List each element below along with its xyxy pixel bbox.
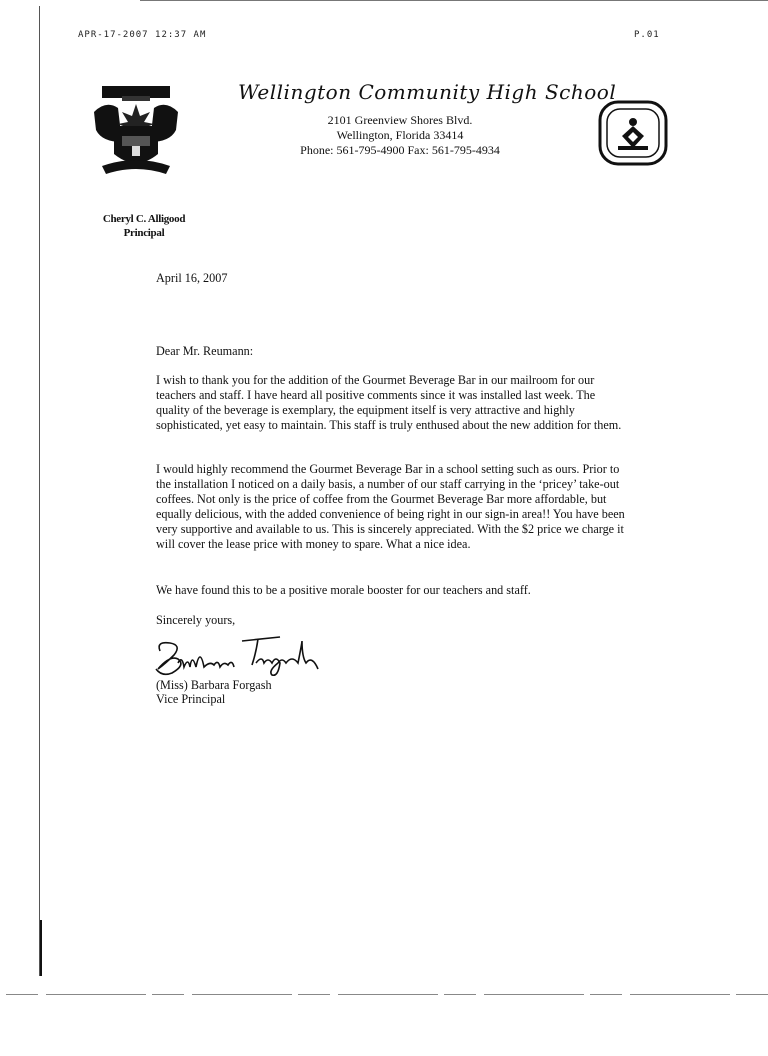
address-street: 2101 Greenview Shores Blvd.	[270, 113, 530, 128]
scan-top-edge	[140, 0, 768, 1]
school-district-seal-icon	[598, 100, 668, 166]
signer-name: (Miss) Barbara Forgash	[156, 678, 626, 693]
principal-name: Cheryl C. Alligood	[92, 212, 196, 226]
scan-bottom-edge	[6, 994, 768, 995]
fax-page-number: P.01	[634, 30, 660, 40]
letter-paragraph-3: We have found this to be a positive mora…	[156, 583, 626, 598]
principal-block: Cheryl C. Alligood Principal	[92, 212, 196, 240]
school-crest-logo-icon	[92, 82, 180, 182]
address-contact: Phone: 561-795-4900 Fax: 561-795-4934	[270, 143, 530, 158]
address-city: Wellington, Florida 33414	[270, 128, 530, 143]
letter-date: April 16, 2007	[156, 271, 626, 286]
handwritten-signature-icon	[152, 633, 342, 679]
school-address: 2101 Greenview Shores Blvd. Wellington, …	[270, 113, 530, 158]
principal-title: Principal	[92, 226, 196, 240]
signer-title: Vice Principal	[156, 692, 626, 707]
fax-timestamp: APR-17-2007 12:37 AM	[78, 30, 206, 40]
scan-left-edge	[39, 6, 40, 976]
letter-paragraph-2: I would highly recommend the Gourmet Bev…	[156, 462, 626, 552]
letter-salutation: Dear Mr. Reumann:	[156, 344, 626, 359]
scan-left-edge-mark	[40, 920, 42, 976]
letter-paragraph-1: I wish to thank you for the addition of …	[156, 373, 626, 433]
letter-closing: Sincerely yours,	[156, 613, 626, 628]
school-name-heading: Wellington Community High School	[238, 80, 616, 104]
